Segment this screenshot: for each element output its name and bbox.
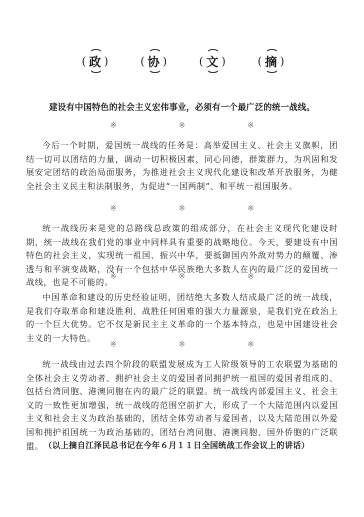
paragraph-text: 统一战线由过去四个阶段的联盟发展成为工人阶级领导的工农联盟为基础的全体社会主义劳… [26,358,338,453]
separator-mark-icon: ※ [247,121,254,130]
separator: ※ ※ ※ [0,340,364,349]
source-attribution: （以上摘自江泽民总书记在今年６月１１日全国统战工作会议上的讲话） [44,440,344,451]
intro-line: 建设有中国特色的社会主义宏伟事业，必须有一个最广泛的统一战线。 [0,101,364,113]
arc-decoration [89,66,103,73]
separator-mark-icon: ※ [110,121,117,130]
paragraph-1: 今后一个时期，爱国统一战线的任务是：高举爱国主义、社会主义旗帜，团结一切可以团结… [26,139,338,193]
paragraph-4: 统一战线由过去四个阶段的联盟发展成为工人阶级领导的工农联盟为基础的全体社会主义劳… [26,358,338,453]
arc-decoration [148,49,162,56]
separator-mark-icon: ※ [179,340,186,349]
arc-decoration [206,66,220,73]
separator: ※ ※ ※ [0,121,364,130]
separator-mark-icon: ※ [247,204,254,213]
column-header: (政) (协) (文) (摘) [78,46,288,76]
separator: ※ ※ ※ [0,272,364,281]
header-char-1: (政) [78,46,112,76]
arc-decoration [265,66,279,73]
separator-mark-icon: ※ [110,272,117,281]
arc-decoration [265,49,279,56]
separator-mark-icon: ※ [179,121,186,130]
arc-decoration [148,66,162,73]
paragraph-3: 中国革命和建设的历史经验证明，团结绝大多数人结成最广泛的统一战线，是我们夺取革命… [26,291,338,345]
separator-mark-icon: ※ [247,272,254,281]
separator-mark-icon: ※ [110,340,117,349]
separator: ※ ※ ※ [0,204,364,213]
paragraph-text: 中国革命和建设的历史经验证明，团结绝大多数人结成最广泛的统一战线，是我们夺取革命… [26,291,338,345]
arc-decoration [89,49,103,56]
arc-decoration [206,49,220,56]
header-char-4: (摘) [254,46,288,76]
paragraph-text: 今后一个时期，爱国统一战线的任务是：高举爱国主义、社会主义旗帜，团结一切可以团结… [26,139,338,193]
separator-mark-icon: ※ [179,204,186,213]
header-char-2: (协) [137,46,171,76]
header-char-3: (文) [195,46,229,76]
separator-mark-icon: ※ [110,204,117,213]
separator-mark-icon: ※ [247,340,254,349]
separator-mark-icon: ※ [179,272,186,281]
